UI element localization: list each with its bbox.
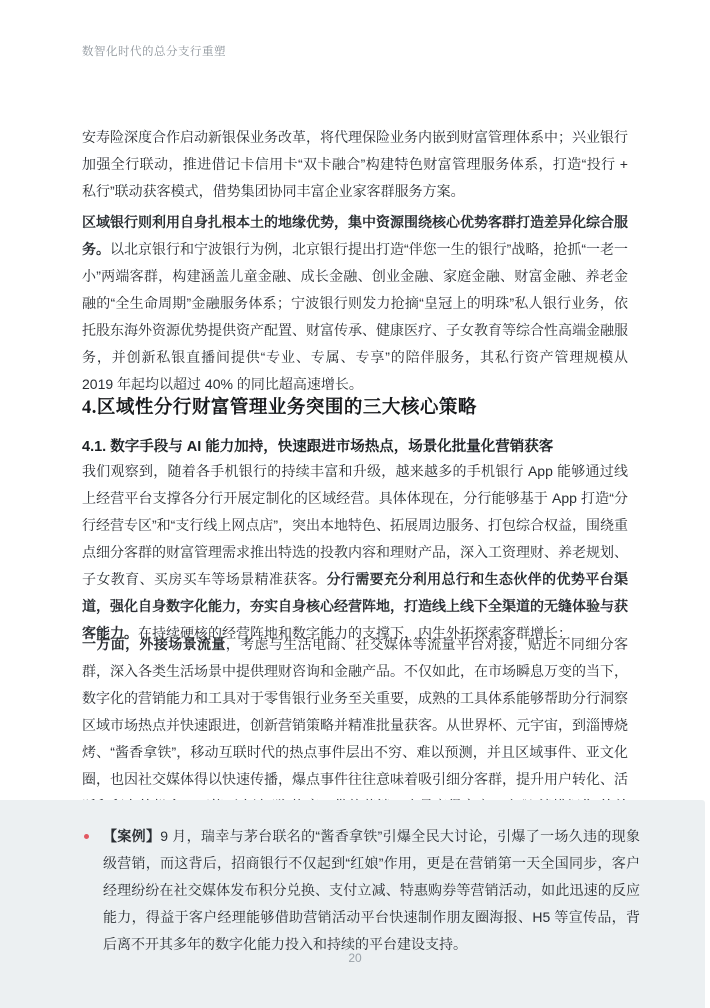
- subsection-heading: 4.1. 数字手段与 AI 能力加持，快速跟进市场热点，场景化批量化营销获客: [82, 435, 642, 456]
- paragraph-text: 我们观察到，随着各手机银行的持续丰富和升级，越来越多的手机银行 App 能够通过…: [82, 463, 628, 587]
- bullet-dot-icon: [84, 834, 89, 839]
- paragraph-text: 以北京银行和宁波银行为例，北京银行提出打造“伴您一生的银行”战略，抢抓“一老一小…: [82, 241, 628, 392]
- document-page: 数智化时代的总分支行重塑 安寿险深度合作启动新银保业务改革，将代理保险业务内嵌到…: [0, 0, 710, 1008]
- section-heading: 4.区域性分行财富管理业务突围的三大核心策略: [82, 393, 642, 419]
- case-study-box: 【案例】9 月，瑞幸与茅台联名的“酱香拿铁”引爆全民大讨论，引爆了一场久违的现象…: [0, 800, 705, 1008]
- case-label: 【案例】: [103, 828, 160, 844]
- case-text: 9 月，瑞幸与茅台联名的“酱香拿铁”引爆全民大讨论，引爆了一场久违的现象级营销，…: [103, 828, 640, 952]
- running-header: 数智化时代的总分支行重塑: [82, 43, 226, 59]
- paragraph-bold-lead: 一方面，外接场景流量: [82, 636, 226, 652]
- paragraph-regional-banks: 区域银行则利用自身扎根本土的地缘优势，集中资源围绕核心优势客群打造差异化综合服务…: [82, 209, 628, 398]
- paragraph-mobile-banking: 我们观察到，随着各手机银行的持续丰富和升级，越来越多的手机银行 App 能够通过…: [82, 458, 628, 647]
- paragraph-bank-cases: 安寿险深度合作启动新银保业务改革，将代理保险业务内嵌到财富管理体系中；兴业银行加…: [82, 124, 628, 205]
- case-study-item: 【案例】9 月，瑞幸与茅台联名的“酱香拿铁”引爆全民大讨论，引爆了一场久违的现象…: [103, 823, 640, 958]
- page-number: 20: [0, 951, 710, 965]
- paragraph-text: 安寿险深度合作启动新银保业务改革，将代理保险业务内嵌到财富管理体系中；兴业银行加…: [82, 129, 628, 199]
